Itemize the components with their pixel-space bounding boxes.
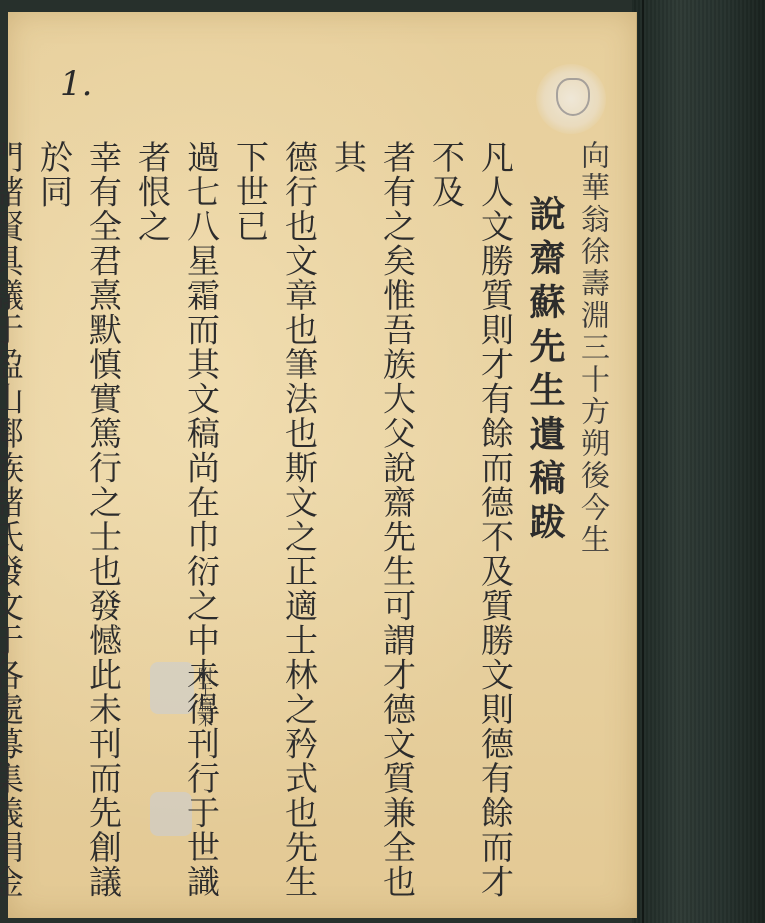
book-cover-spine xyxy=(632,0,765,923)
text-column: 凡人文勝質則才有餘而德不及質勝文則德有餘而才不及 xyxy=(422,140,520,910)
library-seal-icon xyxy=(536,64,606,134)
spine-seam xyxy=(642,0,644,923)
seal-glyph xyxy=(556,78,590,116)
text-column: 者有之矣惟吾族大父說齋先生可謂才德文質兼全也其 xyxy=(324,140,422,910)
colophon-line: 向華翁徐壽淵三十方朔後今生 xyxy=(569,140,618,910)
page-number: 1. xyxy=(60,64,92,104)
text-column: 幸有全君熹默慎實篤行之士也發憾此未刊而先創議於同 xyxy=(30,140,128,910)
document-heading: 說齋蘇先生遺稿跋 xyxy=(520,195,569,910)
text-column: 過七八星霜而其文稿尚在巾衍之中未得刊行于世識者恨之 xyxy=(128,140,226,910)
text-column: 德行也文章也筆法也斯文之正適士林之矜式也先生下世已 xyxy=(226,140,324,910)
scanned-manuscript: 1. 向華翁徐壽淵三十方朔後今生 說齋蘇先生遺稿跋 凡人文勝質則才有餘而德不及質… xyxy=(0,0,765,923)
marginal-annotation: 附于篇末 xyxy=(196,667,214,727)
vertical-text-block: 向華翁徐壽淵三十方朔後今生 說齋蘇先生遺稿跋 凡人文勝質則才有餘而德不及質勝文則… xyxy=(0,140,618,910)
manuscript-page: 1. 向華翁徐壽淵三十方朔後今生 說齋蘇先生遺稿跋 凡人文勝質則才有餘而德不及質… xyxy=(8,12,637,918)
text-column: 門諸賢具議于盈山鄰族諸氏發文于各處募集義捐金 xyxy=(0,140,30,910)
